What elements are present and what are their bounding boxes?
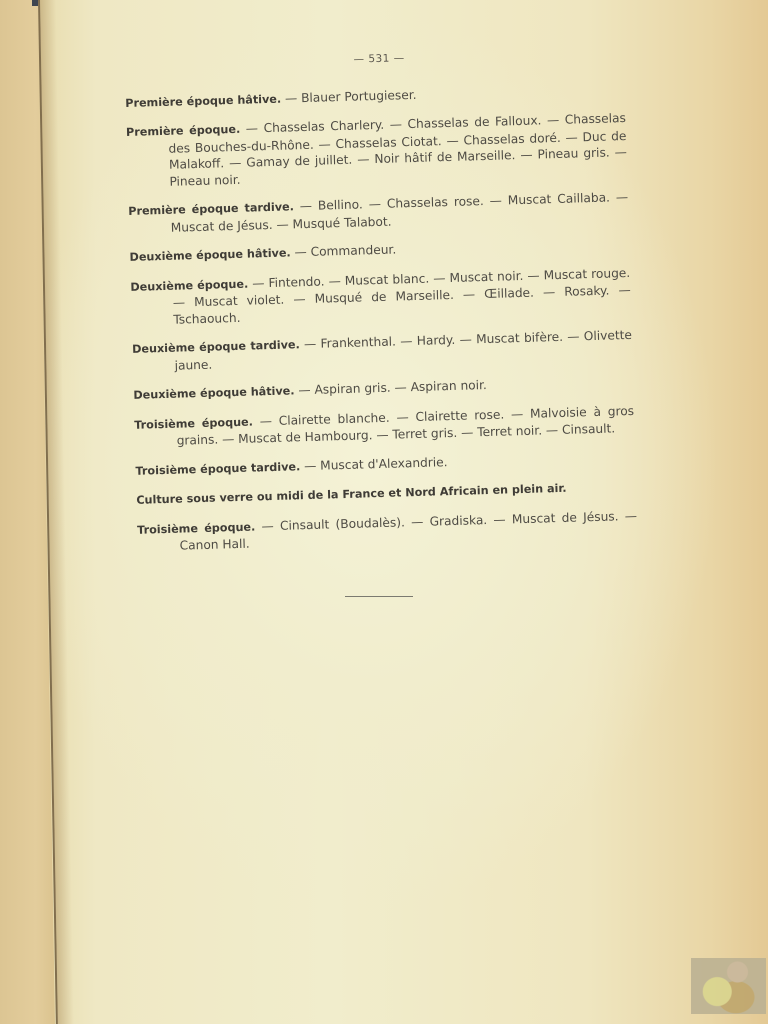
- entry-heading: Deuxième époque hâtive.: [129, 246, 290, 263]
- entry-text: — Fintendo. — Muscat blanc. — Muscat noi…: [173, 265, 631, 326]
- entry-text: — Blauer Portugieser.: [281, 87, 417, 105]
- entry-heading: Première époque hâtive.: [125, 92, 281, 109]
- entry-text: — Commandeur.: [290, 242, 396, 259]
- entry-heading: Troisième époque tardive.: [135, 460, 300, 478]
- entry-heading: Première époque tardive.: [128, 200, 294, 218]
- entry-heading: Deuxième époque tardive.: [132, 338, 300, 356]
- entry-item: Première époque tardive. — Bellino. — Ch…: [128, 189, 629, 237]
- entry-item: Troisième époque. — Cinsault (Boudalès).…: [137, 507, 638, 555]
- entry-item: Deuxième époque. — Fintendo. — Muscat bl…: [130, 264, 631, 328]
- entry-item: Deuxième époque hâtive. — Aspiran gris. …: [133, 373, 633, 404]
- entry-heading: Culture sous verre ou midi de la France …: [136, 482, 567, 507]
- entry-item: Première époque hâtive. — Blauer Portugi…: [125, 81, 625, 112]
- entry-item: Deuxième époque hâtive. — Commandeur.: [129, 235, 629, 266]
- page-text: — 531 — Première époque hâtive. — Blauer…: [124, 44, 638, 567]
- entry-item: Deuxième époque tardive. — Frankenthal. …: [132, 327, 633, 375]
- end-rule-divider: [345, 596, 413, 597]
- entry-item: Première époque. — Chasselas Charlery. —…: [126, 110, 628, 191]
- watermark-thumbnail: [691, 958, 766, 1014]
- section-heading: Culture sous verre ou midi de la France …: [136, 478, 636, 509]
- entry-text: — Aspiran gris. — Aspiran noir.: [294, 378, 487, 397]
- entry-heading: Troisième époque.: [134, 415, 253, 431]
- entry-text: — Muscat d'Alexandrie.: [300, 455, 448, 473]
- entry-heading: Troisième époque.: [137, 520, 255, 536]
- entry-item: Troisième époque tardive. — Muscat d'Ale…: [135, 448, 635, 479]
- entry-heading: Première époque.: [126, 123, 241, 139]
- entry-item: Troisième époque. — Clairette blanche. —…: [134, 402, 635, 450]
- entry-heading: Deuxième époque.: [130, 277, 248, 293]
- entry-heading: Deuxième époque hâtive.: [133, 384, 294, 401]
